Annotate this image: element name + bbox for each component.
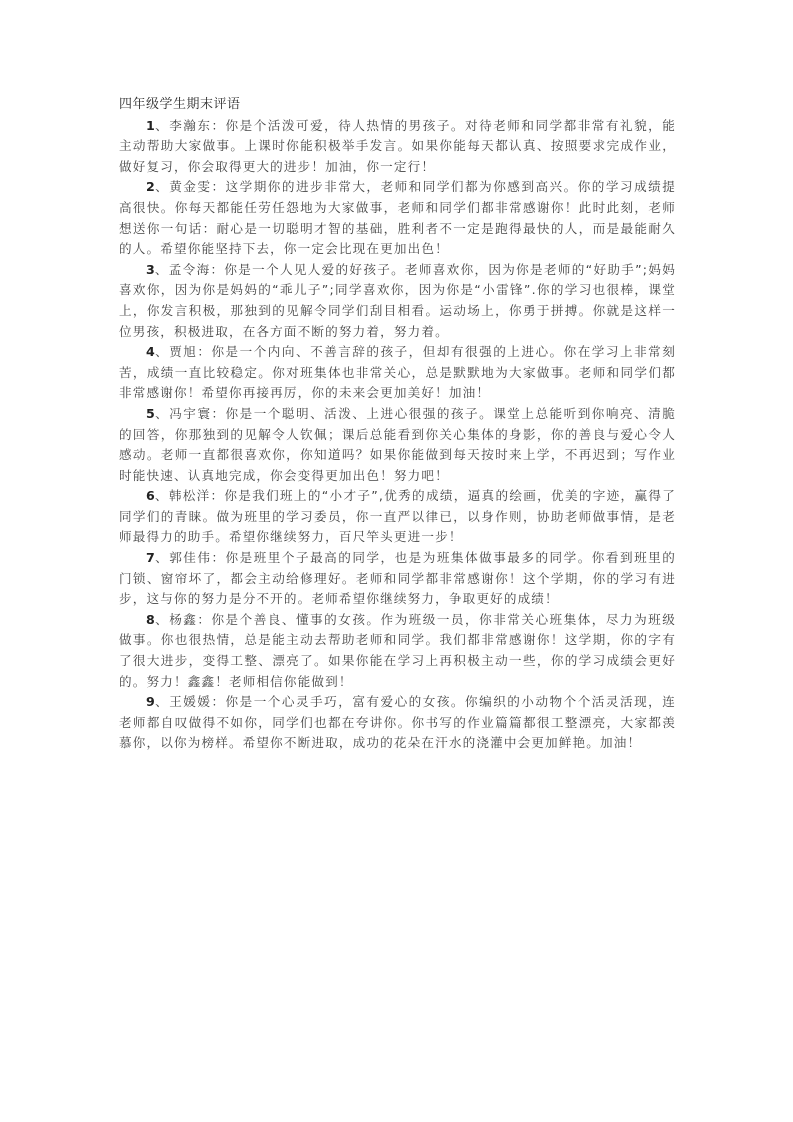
entry-text: 、黄金雯：这学期你的进步非常大，老师和同学们都为你感到高兴。你的学习成绩提高很快… (119, 179, 676, 256)
student-comment-3: 3、孟令海：你是一个人见人爱的好孩子。老师喜欢你，因为你是老师的“好助手”;妈妈… (119, 260, 676, 342)
entry-number: 8 (146, 612, 155, 627)
entry-text: 、郭佳伟：你是班里个子最高的同学，也是为班集体做事最多的同学。你看到班里的门锁、… (119, 550, 676, 606)
entry-text: 、王媛媛：你是一个心灵手巧，富有爱心的女孩。你编织的小动物个个活灵活现，连老师都… (119, 694, 676, 750)
student-comment-6: 6、韩松洋：你是我们班上的“小才子”,优秀的成绩，逼真的绘画，优美的字迹，赢得了… (119, 486, 676, 548)
entry-number: 7 (146, 550, 155, 565)
entry-text: 、韩松洋：你是我们班上的“小才子”,优秀的成绩，逼真的绘画，优美的字迹，赢得了同… (119, 488, 676, 544)
entry-text: 、贾旭：你是一个内向、不善言辞的孩子，但却有很强的上进心。你在学习上非常刻苦，成… (119, 344, 676, 400)
student-comment-1: 1、李瀚东：你是个活泼可爱，待人热情的男孩子。对待老师和同学都非常有礼貌，能主动… (119, 116, 676, 178)
document-page: 四年级学生期末评语 1、李瀚东：你是个活泼可爱，待人热情的男孩子。对待老师和同学… (119, 95, 676, 754)
entry-number: 4 (146, 344, 155, 359)
student-comment-4: 4、贾旭：你是一个内向、不善言辞的孩子，但却有很强的上进心。你在学习上非常刻苦，… (119, 342, 676, 404)
student-comment-5: 5、冯宇寰：你是一个聪明、活泼、上进心很强的孩子。课堂上总能听到你响亮、清脆的回… (119, 404, 676, 486)
entry-number: 6 (146, 488, 155, 503)
entry-number: 3 (146, 262, 155, 277)
student-comment-9: 9、王媛媛：你是一个心灵手巧，富有爱心的女孩。你编织的小动物个个活灵活现，连老师… (119, 692, 676, 754)
student-comment-7: 7、郭佳伟：你是班里个子最高的同学，也是为班集体做事最多的同学。你看到班里的门锁… (119, 548, 676, 610)
entry-number: 9 (146, 694, 155, 709)
entry-text: 、冯宇寰：你是一个聪明、活泼、上进心很强的孩子。课堂上总能听到你响亮、清脆的回答… (119, 406, 676, 483)
entry-text: 、李瀚东：你是个活泼可爱，待人热情的男孩子。对待老师和同学都非常有礼貌，能主动帮… (119, 118, 676, 174)
student-comment-2: 2、黄金雯：这学期你的进步非常大，老师和同学们都为你感到高兴。你的学习成绩提高很… (119, 177, 676, 259)
document-title: 四年级学生期末评语 (119, 95, 676, 116)
entry-text: 、孟令海：你是一个人见人爱的好孩子。老师喜欢你，因为你是老师的“好助手”;妈妈喜… (119, 262, 676, 339)
entry-number: 1 (146, 118, 155, 133)
entry-number: 2 (146, 179, 155, 194)
student-comment-8: 8、杨鑫：你是个善良、懂事的女孩。作为班级一员，你非常关心班集体，尽力为班级做事… (119, 610, 676, 692)
entry-number: 5 (146, 406, 155, 421)
entry-text: 、杨鑫：你是个善良、懂事的女孩。作为班级一员，你非常关心班集体，尽力为班级做事。… (119, 612, 676, 689)
